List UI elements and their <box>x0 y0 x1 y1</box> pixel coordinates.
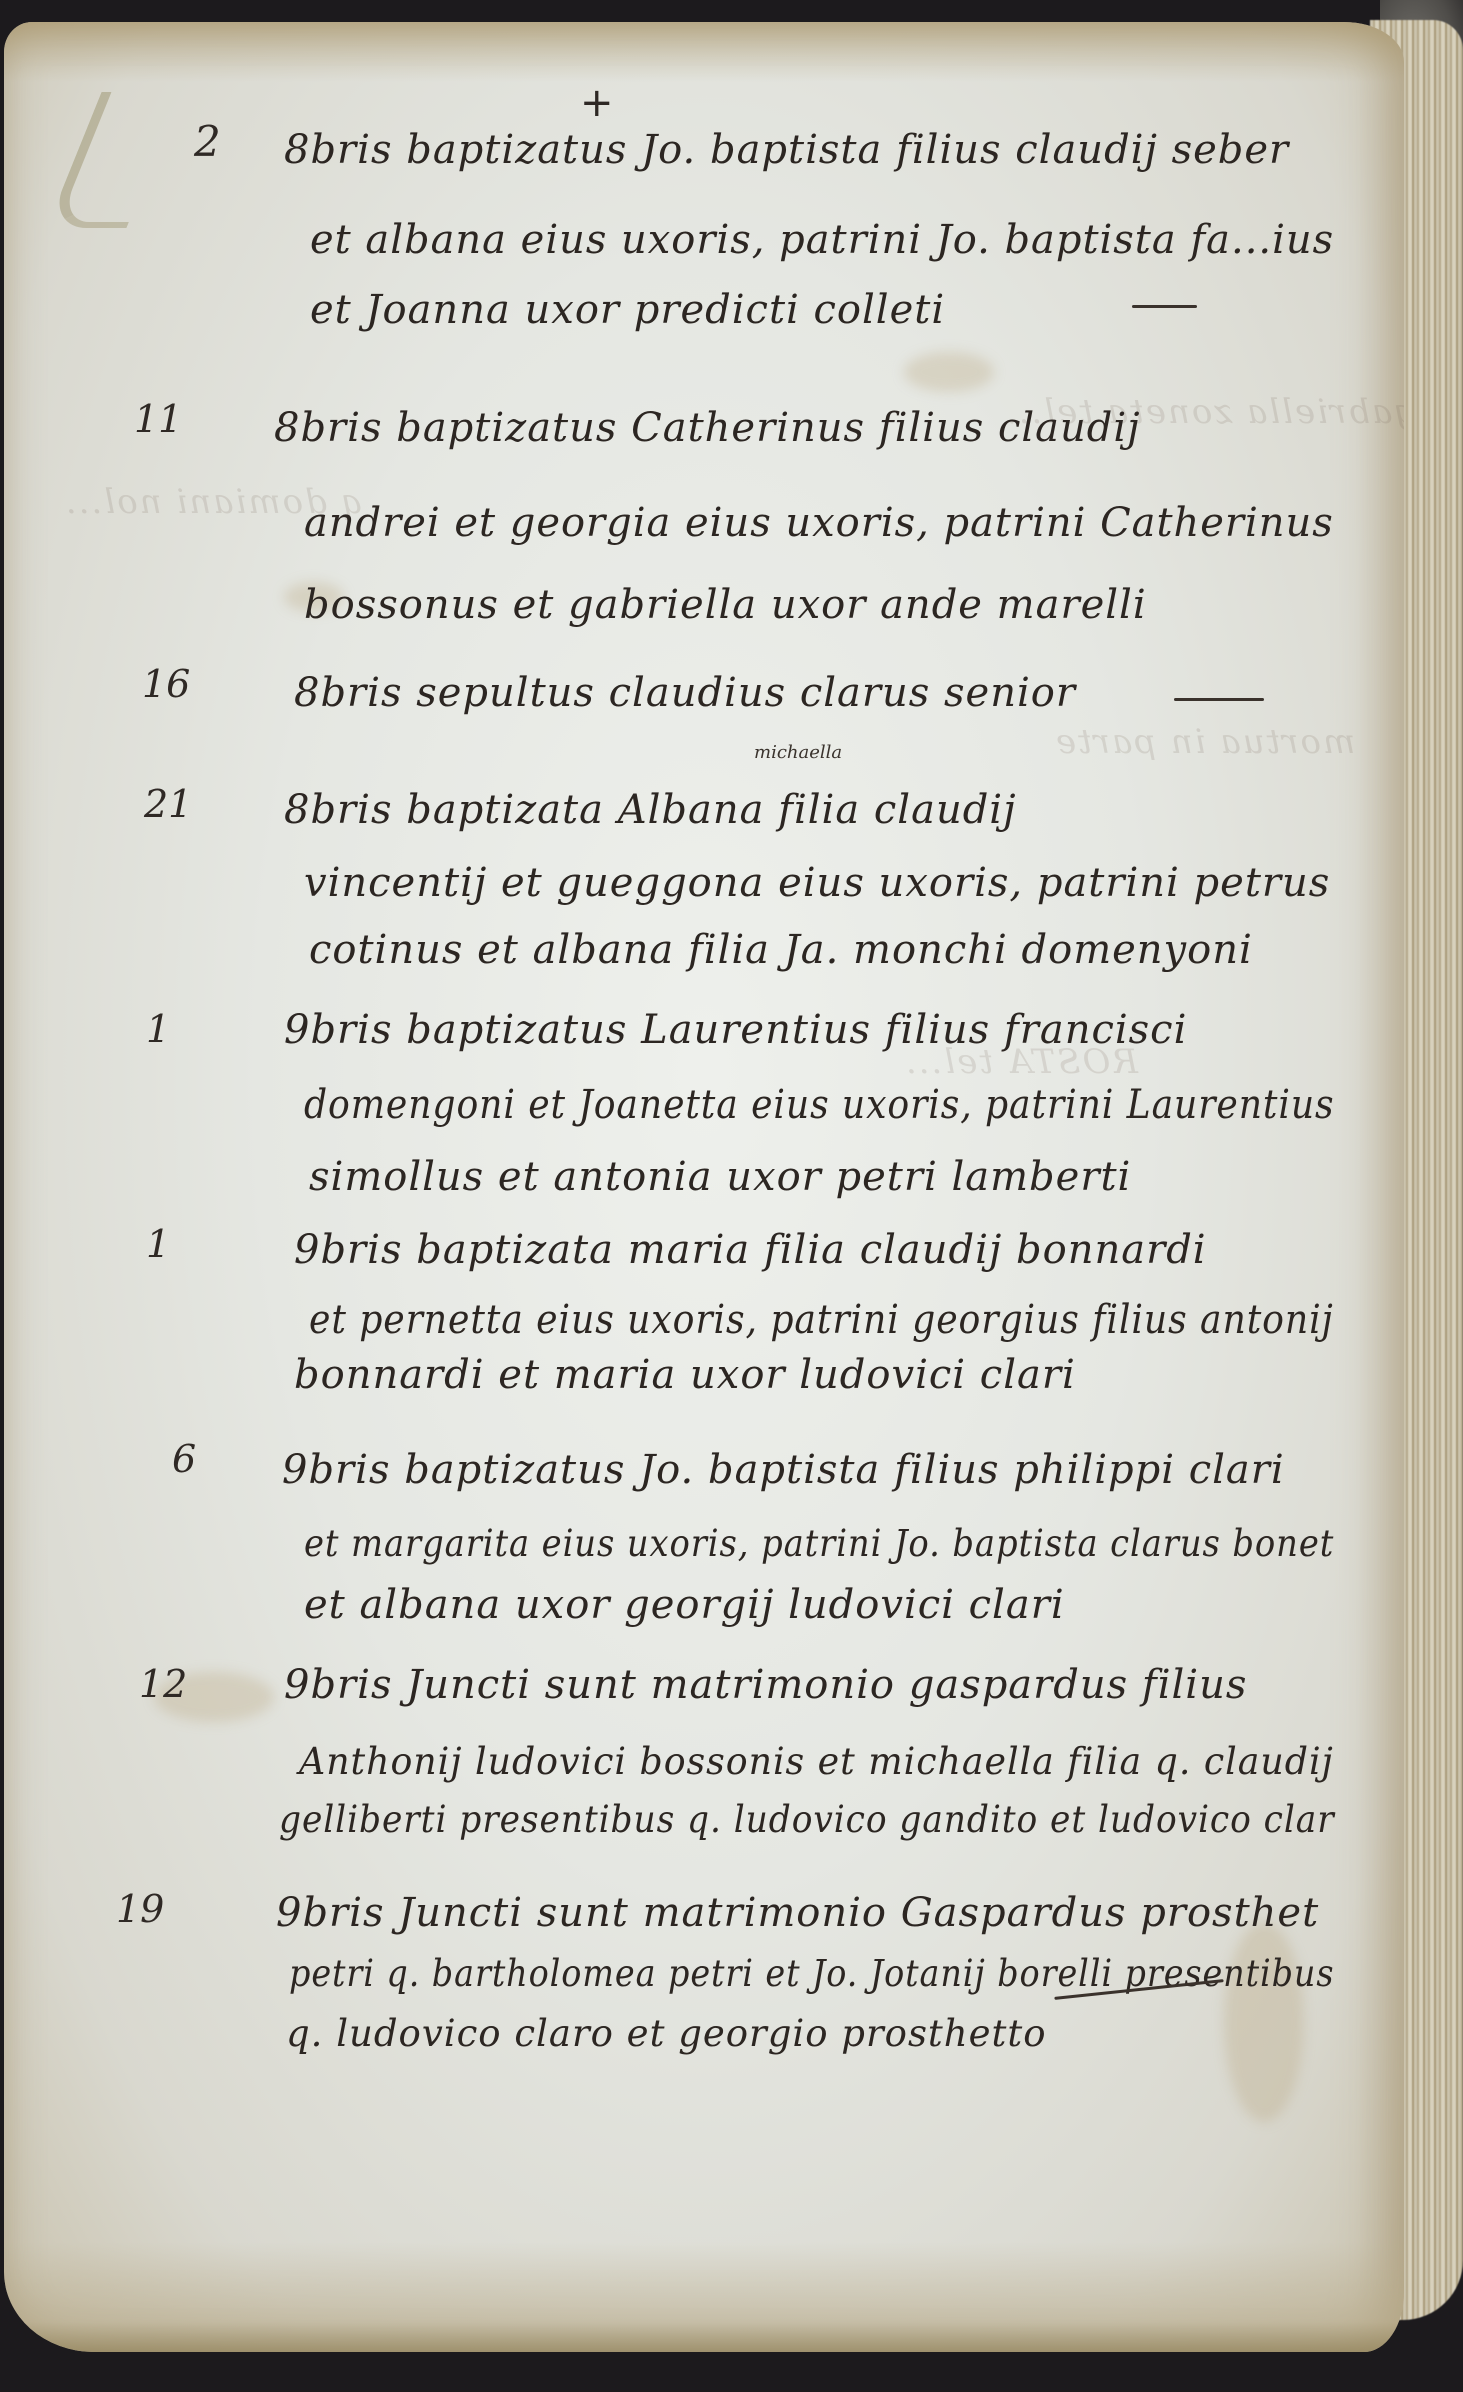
entry-line: et Joanna uxor predicti colleti <box>310 287 945 333</box>
end-dash <box>1174 698 1264 701</box>
entry-line: 8bris baptizatus Jo. baptista filius cla… <box>284 127 1289 173</box>
entry-line: domengoni et Joanetta eius uxoris, patri… <box>304 1082 1334 1128</box>
entry-line: Anthonij ludovici bossonis et michaella … <box>299 1740 1334 1783</box>
entry-line: et albana uxor georgij ludovici clari <box>304 1582 1065 1628</box>
entry-date: 2 <box>194 117 221 166</box>
entry-line: 9bris baptizata maria filia claudij bonn… <box>294 1227 1207 1273</box>
entry-date: 19 <box>116 1887 164 1931</box>
entry-line: 9bris baptizatus Jo. baptista filius phi… <box>282 1447 1285 1493</box>
entry-line: 8bris baptizata Albana filia claudij <box>284 787 1017 833</box>
entry-date: 11 <box>134 397 182 441</box>
folio-mark <box>47 92 182 228</box>
entry-line: q. ludovico claro et georgio prosthetto <box>286 2012 1047 2055</box>
entry-date: 16 <box>142 662 190 706</box>
entry-line: petri q. bartholomea petri et Jo. Jotani… <box>289 1952 1334 1995</box>
entry-line: bonnardi et maria uxor ludovici clari <box>294 1352 1076 1398</box>
entry-line: cotinus et albana filia Ja. monchi domen… <box>309 927 1253 973</box>
entry-line: et margarita eius uxoris, patrini Jo. ba… <box>304 1522 1334 1565</box>
manuscript-leaf: gabriella zoneta tel... mortua in parte … <box>4 22 1404 2352</box>
entry-line: gelliberti presentibus q. ludovico gandi… <box>279 1798 1335 1841</box>
interlinear-correction: michaella <box>754 742 842 763</box>
end-dash <box>1132 305 1197 308</box>
entry-date: 1 <box>146 1222 170 1266</box>
entry-line: bossonus et gabriella uxor ande marelli <box>304 582 1147 628</box>
entry-date: 21 <box>144 782 192 826</box>
entry-line: simollus et antonia uxor petri lamberti <box>309 1154 1131 1200</box>
entry-date: 6 <box>172 1437 196 1481</box>
cross-mark: + <box>580 80 614 126</box>
entry-line: et albana eius uxoris, patrini Jo. bapti… <box>310 217 1334 263</box>
entry-date: 12 <box>139 1662 187 1706</box>
entry-line: et pernetta eius uxoris, patrini georgiu… <box>309 1297 1334 1343</box>
entry-line: 8bris sepultus claudius clarus senior <box>294 670 1076 716</box>
entry-line: vincentij et gueggona eius uxoris, patri… <box>304 860 1330 906</box>
entry-line: 9bris baptizatus Laurentius filius franc… <box>284 1007 1187 1053</box>
entry-line: 9bris Juncti sunt matrimonio gaspardus f… <box>284 1662 1247 1708</box>
entry-date: 1 <box>146 1007 170 1051</box>
foxing-stain <box>904 352 994 392</box>
entry-line: 8bris baptizatus Catherinus filius claud… <box>274 405 1141 451</box>
entry-line: andrei et georgia eius uxoris, patrini C… <box>304 500 1334 546</box>
bleed-through-text: mortua in parte <box>1054 722 1355 762</box>
entry-line: 9bris Juncti sunt matrimonio Gaspardus p… <box>276 1890 1319 1936</box>
